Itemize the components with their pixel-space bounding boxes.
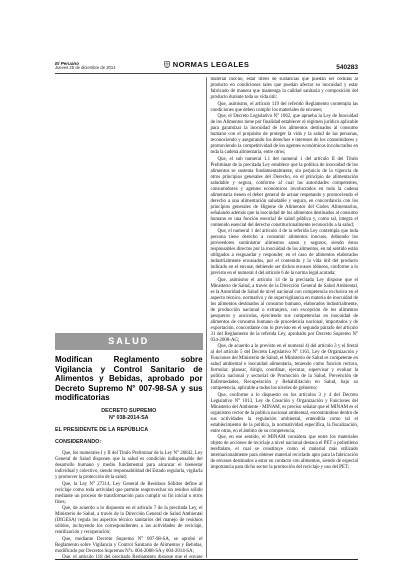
paragraph: Que, mediante Decreto Supremo N° 007-98-… [55, 537, 203, 555]
coat-of-arms-icon [164, 61, 170, 68]
decree-heading: DECRETO SUPREMO N° 038-2014-SA [55, 408, 203, 421]
column-divider [206, 77, 207, 558]
paragraph: Que, de acuerdo a lo previsto en el nume… [210, 344, 358, 392]
header-divider [55, 73, 358, 74]
paragraph: Que, asimismo, el artículo 119 del refer… [210, 102, 358, 114]
paragraph: Que, en ese sentido, el MINAM considera … [210, 435, 358, 471]
paragraph: Que, el sub numeral 1.1 del numeral 1 de… [210, 157, 358, 229]
right-column-paragraphs: material inocuo, estar libres de sustanc… [210, 77, 358, 471]
salud-banner: SALUD [55, 333, 203, 350]
paragraph: material inocuo, estar libres de sustanc… [210, 77, 358, 101]
paragraph: Que, el Decreto Legislativo N° 1062, que… [210, 114, 358, 156]
paragraph: Que, asimismo el artículo 14 de la preci… [210, 278, 358, 344]
paragraph: Que, de acuerdo a lo dispuesto en el art… [55, 506, 203, 536]
left-column-paragraphs: Que, los numerales I y II del Título Pre… [55, 451, 203, 558]
right-column: material inocuo, estar libres de sustanc… [210, 77, 358, 558]
considering-label: CONSIDERANDO: [55, 439, 203, 445]
article-columns: SALUD Modifican Reglamento sobre Vigilan… [55, 77, 358, 558]
masthead-left: El Peruano Jueves 25 de diciembre de 201… [55, 61, 116, 71]
left-column: SALUD Modifican Reglamento sobre Vigilan… [55, 77, 203, 558]
page-content: El Peruano Jueves 25 de diciembre de 201… [55, 58, 358, 560]
footer-divider [55, 559, 358, 560]
issuer-line: EL PRESIDENTE DE LA REPÚBLICA [55, 427, 203, 433]
newspaper-page: El Peruano Jueves 25 de diciembre de 201… [0, 0, 413, 585]
section-title: NORMAS LEGALES [173, 60, 249, 69]
page-number: 540283 [336, 64, 358, 71]
paragraph: Que, la Ley N° 27314, Ley General de Res… [55, 482, 203, 506]
page-header: El Peruano Jueves 25 de diciembre de 201… [55, 58, 358, 71]
paragraph: Que, el artículo 118 del precitado Regla… [55, 555, 203, 558]
paragraph: Que, los numerales I y II del Título Pre… [55, 451, 203, 481]
left-column-whitespace [55, 77, 203, 333]
article-title: Modifican Reglamento sobre Vigilancia y … [55, 355, 203, 403]
decree-type: DECRETO SUPREMO [55, 408, 203, 415]
publication-date: Jueves 25 de diciembre de 2014 [55, 66, 116, 71]
paragraph: Que, conforme a lo dispuesto en los artí… [210, 393, 358, 435]
decree-number: N° 038-2014-SA [55, 415, 203, 422]
paragraph: Que, el numeral 1 del artículo 4 de la r… [210, 229, 358, 277]
